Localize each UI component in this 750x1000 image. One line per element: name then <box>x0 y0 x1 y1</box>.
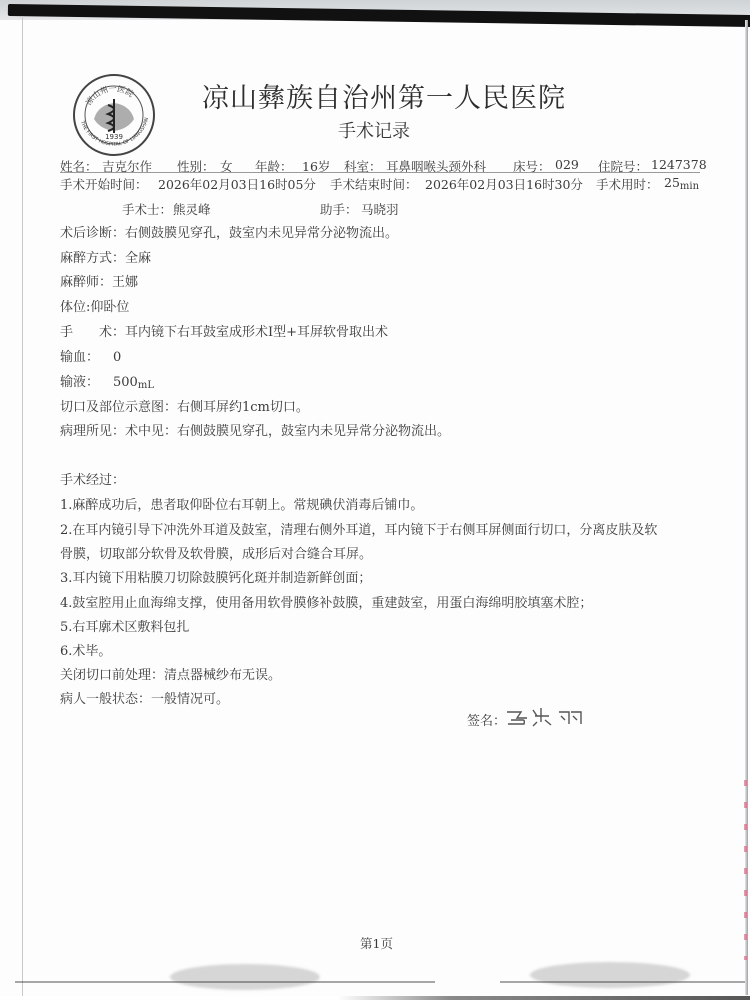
start-time: 2026年02月03日16时05分 <box>158 175 316 193</box>
scan-smudge <box>170 964 320 990</box>
patient-status: 病人一般状态：一般情况可。 <box>60 688 229 707</box>
procedure-step: 1.麻醉成功后，患者取仰卧位右耳朝上。常规碘伏消毒后铺巾。 <box>60 494 423 513</box>
scan-left-edge <box>22 16 23 1000</box>
scan-bottom-edge <box>0 996 750 1000</box>
assistant-name: 马晓羽 <box>361 200 399 218</box>
duration-label: 手术用时： <box>596 175 659 193</box>
surgery-name: 手 术：耳内镜下右耳鼓室成形术I型+耳屏软骨取出术 <box>60 321 388 340</box>
svg-text:1939: 1939 <box>105 133 123 141</box>
procedure-step: 6.术毕。 <box>60 640 111 659</box>
page-number: 第1页 <box>360 934 393 952</box>
start-time-label: 手术开始时间： <box>60 175 148 193</box>
procedure-step: 5.右耳廓术区敷料包扎 <box>60 616 189 635</box>
anesthesia-method: 麻醉方式：全麻 <box>60 247 151 266</box>
infusion-label: 输液： <box>60 375 99 390</box>
scan-streak <box>500 981 745 983</box>
transfusion-value: 0 <box>113 350 121 365</box>
surgery-value: 耳内镜下右耳鼓室成形术I型+耳屏软骨取出术 <box>125 325 388 340</box>
admission-number: 1247378 <box>651 157 707 172</box>
procedure-step: 3.耳内镜下用粘膜刀切除鼓膜钙化斑并制造新鲜创面； <box>60 567 371 586</box>
procedure-step: 4.鼓室腔用止血海绵支撑，使用备用软骨膜修补鼓膜，重建鼓室，用蛋白海绵明胶填塞术… <box>60 592 592 611</box>
svg-text:凉山州一医院: 凉山州一医院 <box>83 84 135 107</box>
anesthetist: 麻醉师：王娜 <box>60 271 138 290</box>
transfusion: 输血：0 <box>60 346 121 365</box>
assistant-label: 助手： <box>320 200 358 218</box>
header-divider <box>60 172 700 173</box>
postop-diagnosis: 术后诊断：右侧鼓膜见穿孔，鼓室内未见异常分泌物流出。 <box>60 222 398 241</box>
record-title: 手术记录 <box>338 117 410 143</box>
transfusion-label: 输血： <box>60 350 99 365</box>
scan-right-marks <box>744 780 747 960</box>
incision: 切口及部位示意图：右侧耳屏约1cm切口。 <box>60 396 309 415</box>
scan-smudge <box>530 962 690 988</box>
bed-number: 029 <box>555 157 579 172</box>
hospital-name: 凉山彝族自治州第一人民医院 <box>202 76 566 115</box>
surgeon-name: 熊灵峰 <box>173 200 211 218</box>
closure-check: 关闭切口前处理：清点器械纱布无误。 <box>60 664 281 683</box>
surgery-label: 手 术： <box>60 325 125 340</box>
infusion: 输液：500mL <box>60 371 154 391</box>
infusion-value: 500mL <box>113 375 154 390</box>
procedure-step: 2.在耳内镜引导下冲洗外耳道及鼓室，清理右侧外耳道，耳内镜下于右侧耳屏侧面行切口… <box>60 519 657 538</box>
procedure-heading: 手术经过： <box>60 469 125 488</box>
procedure-step: 骨膜，切取部分软骨及软骨膜，成形后对合缝合耳屏。 <box>60 543 372 562</box>
surgeon-label: 手术士： <box>122 200 172 218</box>
pathology: 病理所见：术中见：右侧鼓膜见穿孔，鼓室内未见异常分泌物流出。 <box>60 420 450 439</box>
handwritten-signature <box>505 704 585 728</box>
hospital-logo-icon: 1939 凉山州一医院 THE FIRST HOSPITAL OF LIANGS… <box>72 73 156 157</box>
end-time: 2026年02月03日16时30分 <box>425 175 583 193</box>
end-time-label: 手术结束时间： <box>330 175 418 193</box>
position: 体位:仰卧位 <box>60 296 129 315</box>
signature-label: 签名： <box>467 710 506 729</box>
scan-streak <box>15 981 435 983</box>
duration: 25min <box>664 175 699 192</box>
